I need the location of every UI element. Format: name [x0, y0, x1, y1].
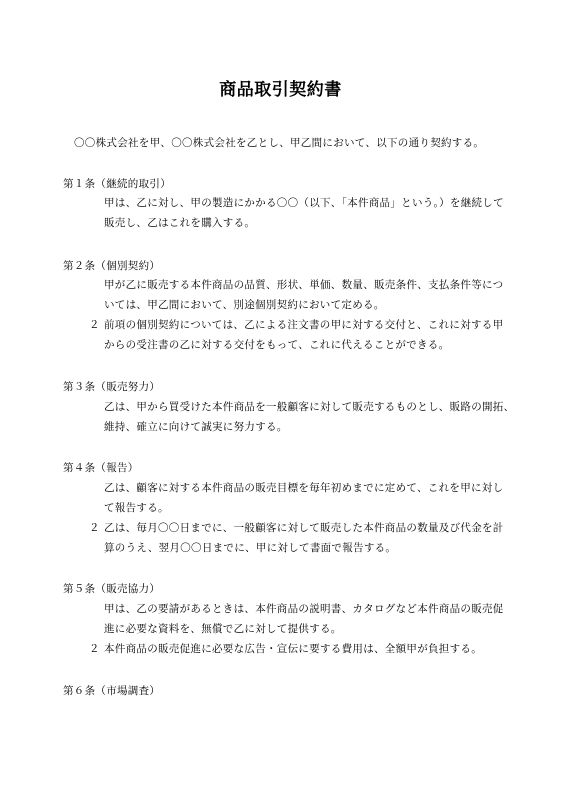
article-5-paragraph-2-line-1: 本件商品の販売促進に必要な広告・宣伝に要する費用は、全額甲が負担する。: [104, 642, 482, 656]
article-4-paragraph-2-line-1: 乙は、毎月〇〇日までに、一般顧客に対して販売した本件商品の数量及び代金を計: [104, 521, 504, 535]
article-5-text-line-2: 進に必要な資料を、無償で乙に対して提供する。: [104, 622, 342, 636]
article-4-heading: 第４条（報告）: [63, 461, 139, 475]
article-2-text-line-2: いては、甲乙間において、別途個別契約において定める。: [104, 298, 385, 312]
article-5-paragraph-2-number: ２: [89, 642, 100, 656]
article-2-heading: 第２条（個別契約）: [63, 259, 160, 273]
article-3-text-line-1: 乙は、甲から買受けた本件商品を一般顧客に対して販売するものとし、販路の開拓、: [104, 400, 514, 414]
article-2-paragraph-2-line-1: 前項の個別契約については、乙による注文書の甲に対する交付と、これに対する甲: [104, 318, 503, 332]
article-1-text-line-2: 販売し、乙はこれを購入する。: [104, 216, 255, 230]
article-2-paragraph-2-number: ２: [89, 318, 100, 332]
article-3-heading: 第３条（販売努力）: [63, 380, 160, 394]
article-3-text-line-2: 維持、確立に向けて誠実に努力する。: [104, 420, 288, 434]
document-title: 商品取引契約書: [0, 79, 561, 101]
article-2-paragraph-2-line-2: からの受注書の乙に対する交付をもって、これに代えることができる。: [104, 338, 449, 352]
article-1-text-line-1: 甲は、乙に対し、甲の製造にかかる〇〇（以下、「本件商品」という。）を継続して: [104, 196, 504, 210]
article-4-text-line-2: て報告する。: [104, 501, 169, 515]
preamble: 〇〇株式会社を甲、〇〇株式会社を乙とし、甲乙間において、以下の通り契約する。: [74, 136, 484, 150]
article-4-text-line-1: 乙は、顧客に対する本件商品の販売目標を毎年初めまでに定めて、これを甲に対し: [104, 481, 503, 495]
article-4-paragraph-2-line-2: 算のうえ、翌月〇〇日までに、甲に対して書面で報告する。: [104, 541, 396, 555]
article-2-text-line-1: 甲が乙に販売する本件商品の品質、形状、単価、数量、販売条件、支払条件等につ: [104, 278, 503, 292]
article-5-heading: 第５条（販売協力）: [63, 582, 160, 596]
article-5-text-line-1: 甲は、乙の要請があるときは、本件商品の説明書、カタログなど本件商品の販売促: [104, 602, 504, 616]
document-page: 商品取引契約書 〇〇株式会社を甲、〇〇株式会社を乙とし、甲乙間において、以下の通…: [0, 0, 561, 797]
article-6-heading: 第６条（市場調査）: [63, 684, 160, 698]
article-4-paragraph-2-number: ２: [89, 521, 100, 535]
article-1-heading: 第１条（継続的取引）: [63, 177, 171, 191]
